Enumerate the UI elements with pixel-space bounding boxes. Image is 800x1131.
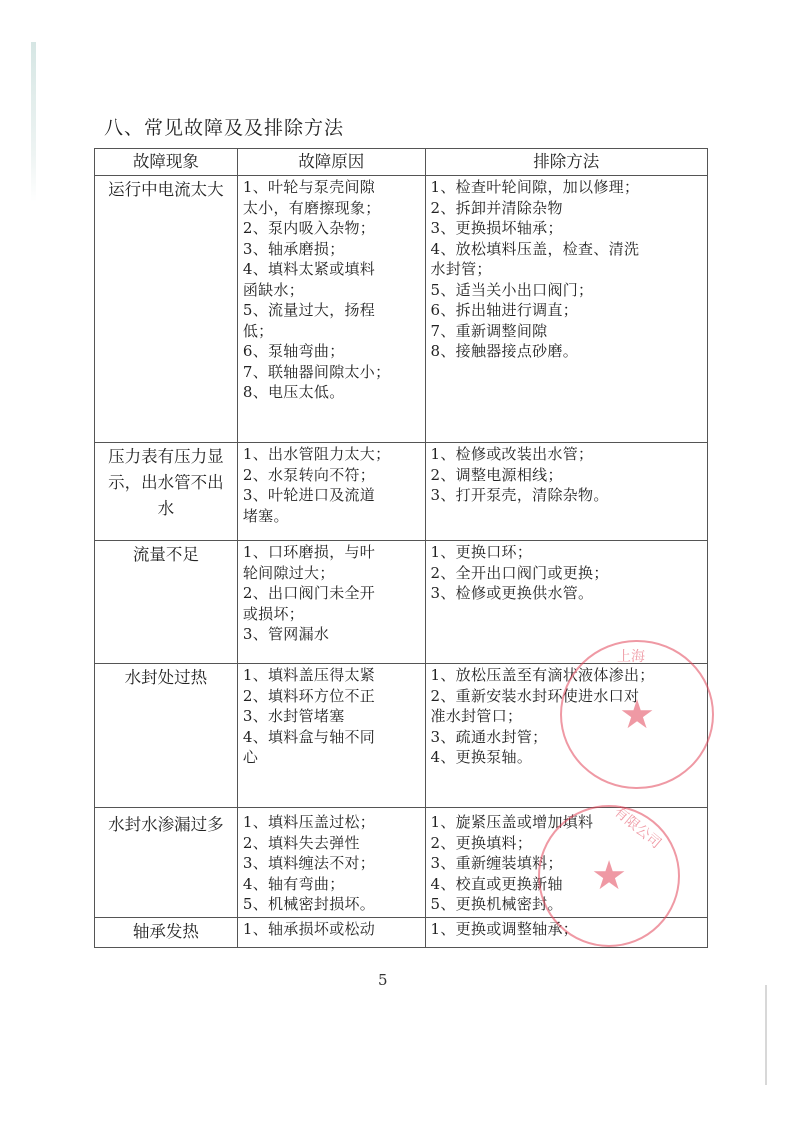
remedy-line: 5、适当关小出口阀门； xyxy=(431,280,702,301)
cause-line: 2、出口阀门未全开 xyxy=(243,583,420,604)
cause-line: 1、轴承损坏或松动 xyxy=(243,919,420,940)
remedy-line: 8、接触器接点砂磨。 xyxy=(431,341,702,362)
fault-symptom-cell: 轴承发热 xyxy=(95,917,238,947)
cause-line: 8、电压太低。 xyxy=(243,382,420,403)
fault-cause-cell: 1、出水管阻力太大；2、水泵转向不符；3、叶轮进口及流道堵塞。 xyxy=(237,443,425,541)
remedy-line: 1、检修或改装出水管； xyxy=(431,444,702,465)
cause-line: 心 xyxy=(243,747,420,768)
cause-line: 3、管网漏水 xyxy=(243,624,420,645)
remedy-line: 2、拆卸并清除杂物 xyxy=(431,198,702,219)
fault-remedy-cell: 1、更换口环；2、全开出口阀门或更换；3、检修或更换供水管。 xyxy=(425,541,707,664)
fault-cause-cell: 1、填料盖压得太紧2、填料环方位不正3、水封管堵塞4、填料盒与轴不同心 xyxy=(237,664,425,808)
cause-line: 低； xyxy=(243,321,420,342)
header-remedy: 排除方法 xyxy=(425,149,707,176)
remedy-line: 准水封管口； xyxy=(431,706,702,727)
remedy-line: 5、更换机械密封。 xyxy=(431,894,702,915)
fault-symptom-cell: 流量不足 xyxy=(95,541,238,664)
remedy-line: 2、全开出口阀门或更换； xyxy=(431,563,702,584)
cause-line: 2、填料失去弹性 xyxy=(243,833,420,854)
fault-symptom-cell: 压力表有压力显示，出水管不出水 xyxy=(95,443,238,541)
cause-line: 4、轴有弯曲； xyxy=(243,874,420,895)
cause-line: 5、机械密封损坏。 xyxy=(243,894,420,915)
cause-line: 3、填料缠法不对； xyxy=(243,853,420,874)
section-heading: 八、常见故障及及排除方法 xyxy=(104,113,344,140)
remedy-line: 6、拆出轴进行调直； xyxy=(431,300,702,321)
table-row: 水封水渗漏过多1、填料压盖过松；2、填料失去弹性3、填料缠法不对；4、轴有弯曲；… xyxy=(95,808,708,918)
cause-line: 或损坏； xyxy=(243,604,420,625)
cause-line: 5、流量过大，扬程 xyxy=(243,300,420,321)
remedy-line: 3、疏通水封管； xyxy=(431,727,702,748)
cause-line: 1、出水管阻力太大； xyxy=(243,444,420,465)
cause-line: 1、口环磨损，与叶 xyxy=(243,542,420,563)
cause-line: 1、填料压盖过松； xyxy=(243,812,420,833)
cause-line: 4、填料太紧或填料 xyxy=(243,259,420,280)
cause-line: 堵塞。 xyxy=(243,506,420,527)
table-header-row: 故障现象 故障原因 排除方法 xyxy=(95,149,708,176)
cause-line: 4、填料盒与轴不同 xyxy=(243,727,420,748)
fault-remedy-cell: 1、更换或调整轴承； xyxy=(425,917,707,947)
cause-line: 1、填料盖压得太紧 xyxy=(243,665,420,686)
remedy-line: 1、放松压盖至有滴状液体渗出； xyxy=(431,665,702,686)
cause-line: 轮间隙过大； xyxy=(243,563,420,584)
fault-cause-cell: 1、口环磨损，与叶轮间隙过大；2、出口阀门未全开或损坏；3、管网漏水 xyxy=(237,541,425,664)
cause-line: 6、泵轴弯曲； xyxy=(243,341,420,362)
table-row: 轴承发热1、轴承损坏或松动1、更换或调整轴承； xyxy=(95,917,708,947)
remedy-line: 3、检修或更换供水管。 xyxy=(431,583,702,604)
remedy-line: 4、校直或更换新轴 xyxy=(431,874,702,895)
remedy-line: 1、旋紧压盖或增加填料 xyxy=(431,812,702,833)
table-row: 流量不足1、口环磨损，与叶轮间隙过大；2、出口阀门未全开或损坏；3、管网漏水1、… xyxy=(95,541,708,664)
remedy-line: 4、更换泵轴。 xyxy=(431,747,702,768)
fault-troubleshooting-table: 故障现象 故障原因 排除方法 运行中电流太大1、叶轮与泵壳间隙太小，有磨擦现象；… xyxy=(94,148,708,948)
remedy-line: 4、放松填料压盖，检查、清洗 xyxy=(431,239,702,260)
scan-edge-artifact-right xyxy=(765,985,767,1085)
fault-symptom-cell: 运行中电流太大 xyxy=(95,176,238,443)
header-symptom: 故障现象 xyxy=(95,149,238,176)
table-row: 压力表有压力显示，出水管不出水1、出水管阻力太大；2、水泵转向不符；3、叶轮进口… xyxy=(95,443,708,541)
remedy-line: 1、更换或调整轴承； xyxy=(431,919,702,940)
remedy-line: 1、更换口环； xyxy=(431,542,702,563)
cause-line: 3、轴承磨损； xyxy=(243,239,420,260)
fault-cause-cell: 1、叶轮与泵壳间隙太小，有磨擦现象；2、泵内吸入杂物；3、轴承磨损；4、填料太紧… xyxy=(237,176,425,443)
fault-symptom-cell: 水封处过热 xyxy=(95,664,238,808)
cause-line: 2、填料环方位不正 xyxy=(243,686,420,707)
scan-edge-artifact xyxy=(31,42,36,202)
cause-line: 函缺水； xyxy=(243,280,420,301)
remedy-line: 1、检查叶轮间隙，加以修理； xyxy=(431,177,702,198)
fault-cause-cell: 1、填料压盖过松；2、填料失去弹性3、填料缠法不对；4、轴有弯曲；5、机械密封损… xyxy=(237,808,425,918)
remedy-line: 7、重新调整间隙 xyxy=(431,321,702,342)
fault-remedy-cell: 1、放松压盖至有滴状液体渗出；2、重新安装水封环使进水口对准水封管口；3、疏通水… xyxy=(425,664,707,808)
cause-line: 7、联轴器间隙太小； xyxy=(243,362,420,383)
cause-line: 3、叶轮进口及流道 xyxy=(243,485,420,506)
remedy-line: 3、重新缠装填料； xyxy=(431,853,702,874)
cause-line: 1、叶轮与泵壳间隙 xyxy=(243,177,420,198)
remedy-line: 3、更换损坏轴承； xyxy=(431,218,702,239)
remedy-line: 2、更换填料； xyxy=(431,833,702,854)
remedy-line: 3、打开泵壳，清除杂物。 xyxy=(431,485,702,506)
cause-line: 太小，有磨擦现象； xyxy=(243,198,420,219)
cause-line: 2、泵内吸入杂物； xyxy=(243,218,420,239)
remedy-line: 2、调整电源相线； xyxy=(431,465,702,486)
cause-line: 2、水泵转向不符； xyxy=(243,465,420,486)
table-row: 运行中电流太大1、叶轮与泵壳间隙太小，有磨擦现象；2、泵内吸入杂物；3、轴承磨损… xyxy=(95,176,708,443)
fault-remedy-cell: 1、检查叶轮间隙，加以修理；2、拆卸并清除杂物3、更换损坏轴承；4、放松填料压盖… xyxy=(425,176,707,443)
cause-line: 3、水封管堵塞 xyxy=(243,706,420,727)
header-cause: 故障原因 xyxy=(237,149,425,176)
remedy-line: 水封管； xyxy=(431,259,702,280)
table-row: 水封处过热1、填料盖压得太紧2、填料环方位不正3、水封管堵塞4、填料盒与轴不同心… xyxy=(95,664,708,808)
fault-symptom-cell: 水封水渗漏过多 xyxy=(95,808,238,918)
page-number: 5 xyxy=(378,971,388,989)
fault-remedy-cell: 1、检修或改装出水管；2、调整电源相线；3、打开泵壳，清除杂物。 xyxy=(425,443,707,541)
fault-remedy-cell: 1、旋紧压盖或增加填料2、更换填料；3、重新缠装填料；4、校直或更换新轴5、更换… xyxy=(425,808,707,918)
fault-cause-cell: 1、轴承损坏或松动 xyxy=(237,917,425,947)
remedy-line: 2、重新安装水封环使进水口对 xyxy=(431,686,702,707)
